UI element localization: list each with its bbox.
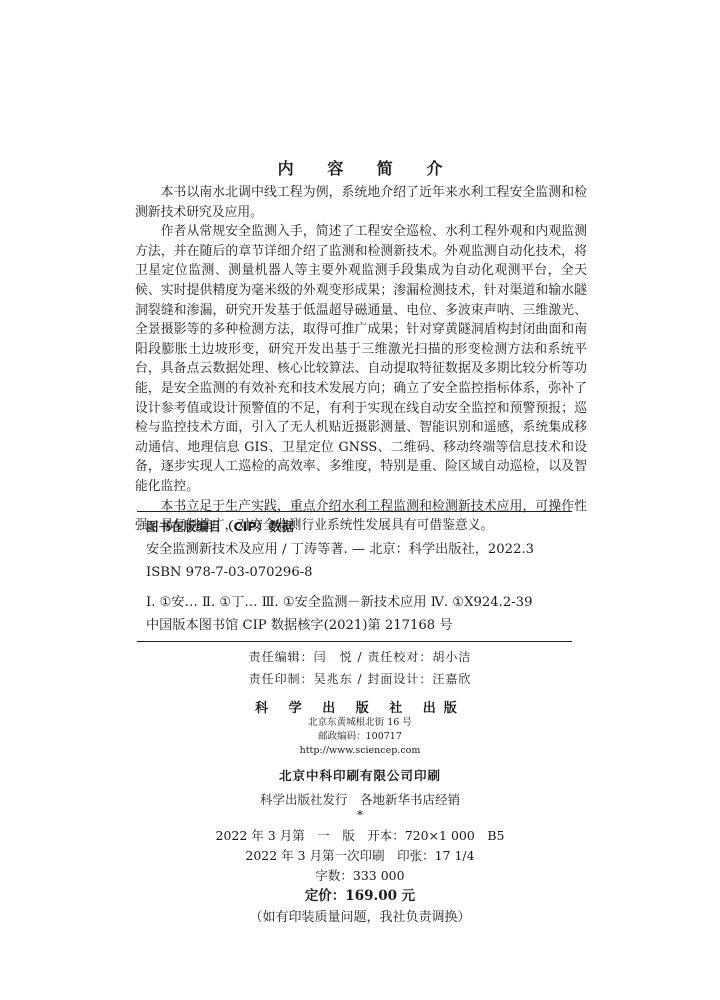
- publisher-website: http://www.sciencep.com: [0, 744, 720, 757]
- summary-paragraph: 作者从常规安全监测入手，简述了工程安全巡检、水利工程外观和内观监测方法，并在随后…: [135, 222, 587, 496]
- cip-bottom-rule: [137, 641, 572, 642]
- distribution: 科学出版社发行 各地新华书店经销: [0, 790, 720, 808]
- price: 定价：169.00 元: [0, 884, 720, 904]
- cip-number: 中国版本图书馆 CIP 数据核字(2021)第 217168 号: [146, 617, 586, 635]
- publisher-address: 北京东黄城根北街 16 号: [0, 716, 720, 729]
- summary-title: 内 容 简 介: [0, 156, 720, 179]
- credits-production: 责任印制：吴兆东 / 封面设计：汪嘉欣: [0, 670, 720, 687]
- credits-editors: 责任编辑：闫 悦 / 责任校对：胡小洁: [0, 648, 720, 665]
- cip-top-rule: [137, 511, 572, 512]
- cip-bibliographic: 安全监测新技术及应用 / 丁涛等著. — 北京：科学出版社，2022.3: [146, 541, 586, 559]
- separator: *: [0, 807, 720, 822]
- edition-info: 2022 年 3 月第 一 版 开本：720×1 000 B5: [0, 826, 720, 844]
- printer: 北京中科印刷有限公司印刷: [0, 766, 720, 784]
- summary-body: 本书以南水北调中线工程为例，系统地介绍了近年来水利工程安全监测和检测新技术研究及…: [135, 183, 587, 536]
- cip-isbn: ISBN 978-7-03-070296-8: [146, 564, 586, 582]
- publisher-postcode: 邮政编码：100717: [0, 730, 720, 743]
- word-count: 字数：333 000: [0, 866, 720, 884]
- summary-paragraph: 本书以南水北调中线工程为例，系统地介绍了近年来水利工程安全监测和检测新技术研究及…: [135, 183, 587, 222]
- impression-info: 2022 年 3 月第一次印刷 印张：17 1/4: [0, 846, 720, 864]
- quality-notice: （如有印装质量问题，我社负责调换）: [0, 906, 720, 925]
- cip-classification: Ⅰ. ①安… Ⅱ. ①丁… Ⅲ. ①安全监测－新技术应用 Ⅳ. ①X924.2-…: [146, 594, 586, 612]
- cip-heading: 图书在版编目（CIP）数据: [146, 518, 586, 536]
- publisher-name: 科 学 出 版 社 出版: [0, 697, 720, 716]
